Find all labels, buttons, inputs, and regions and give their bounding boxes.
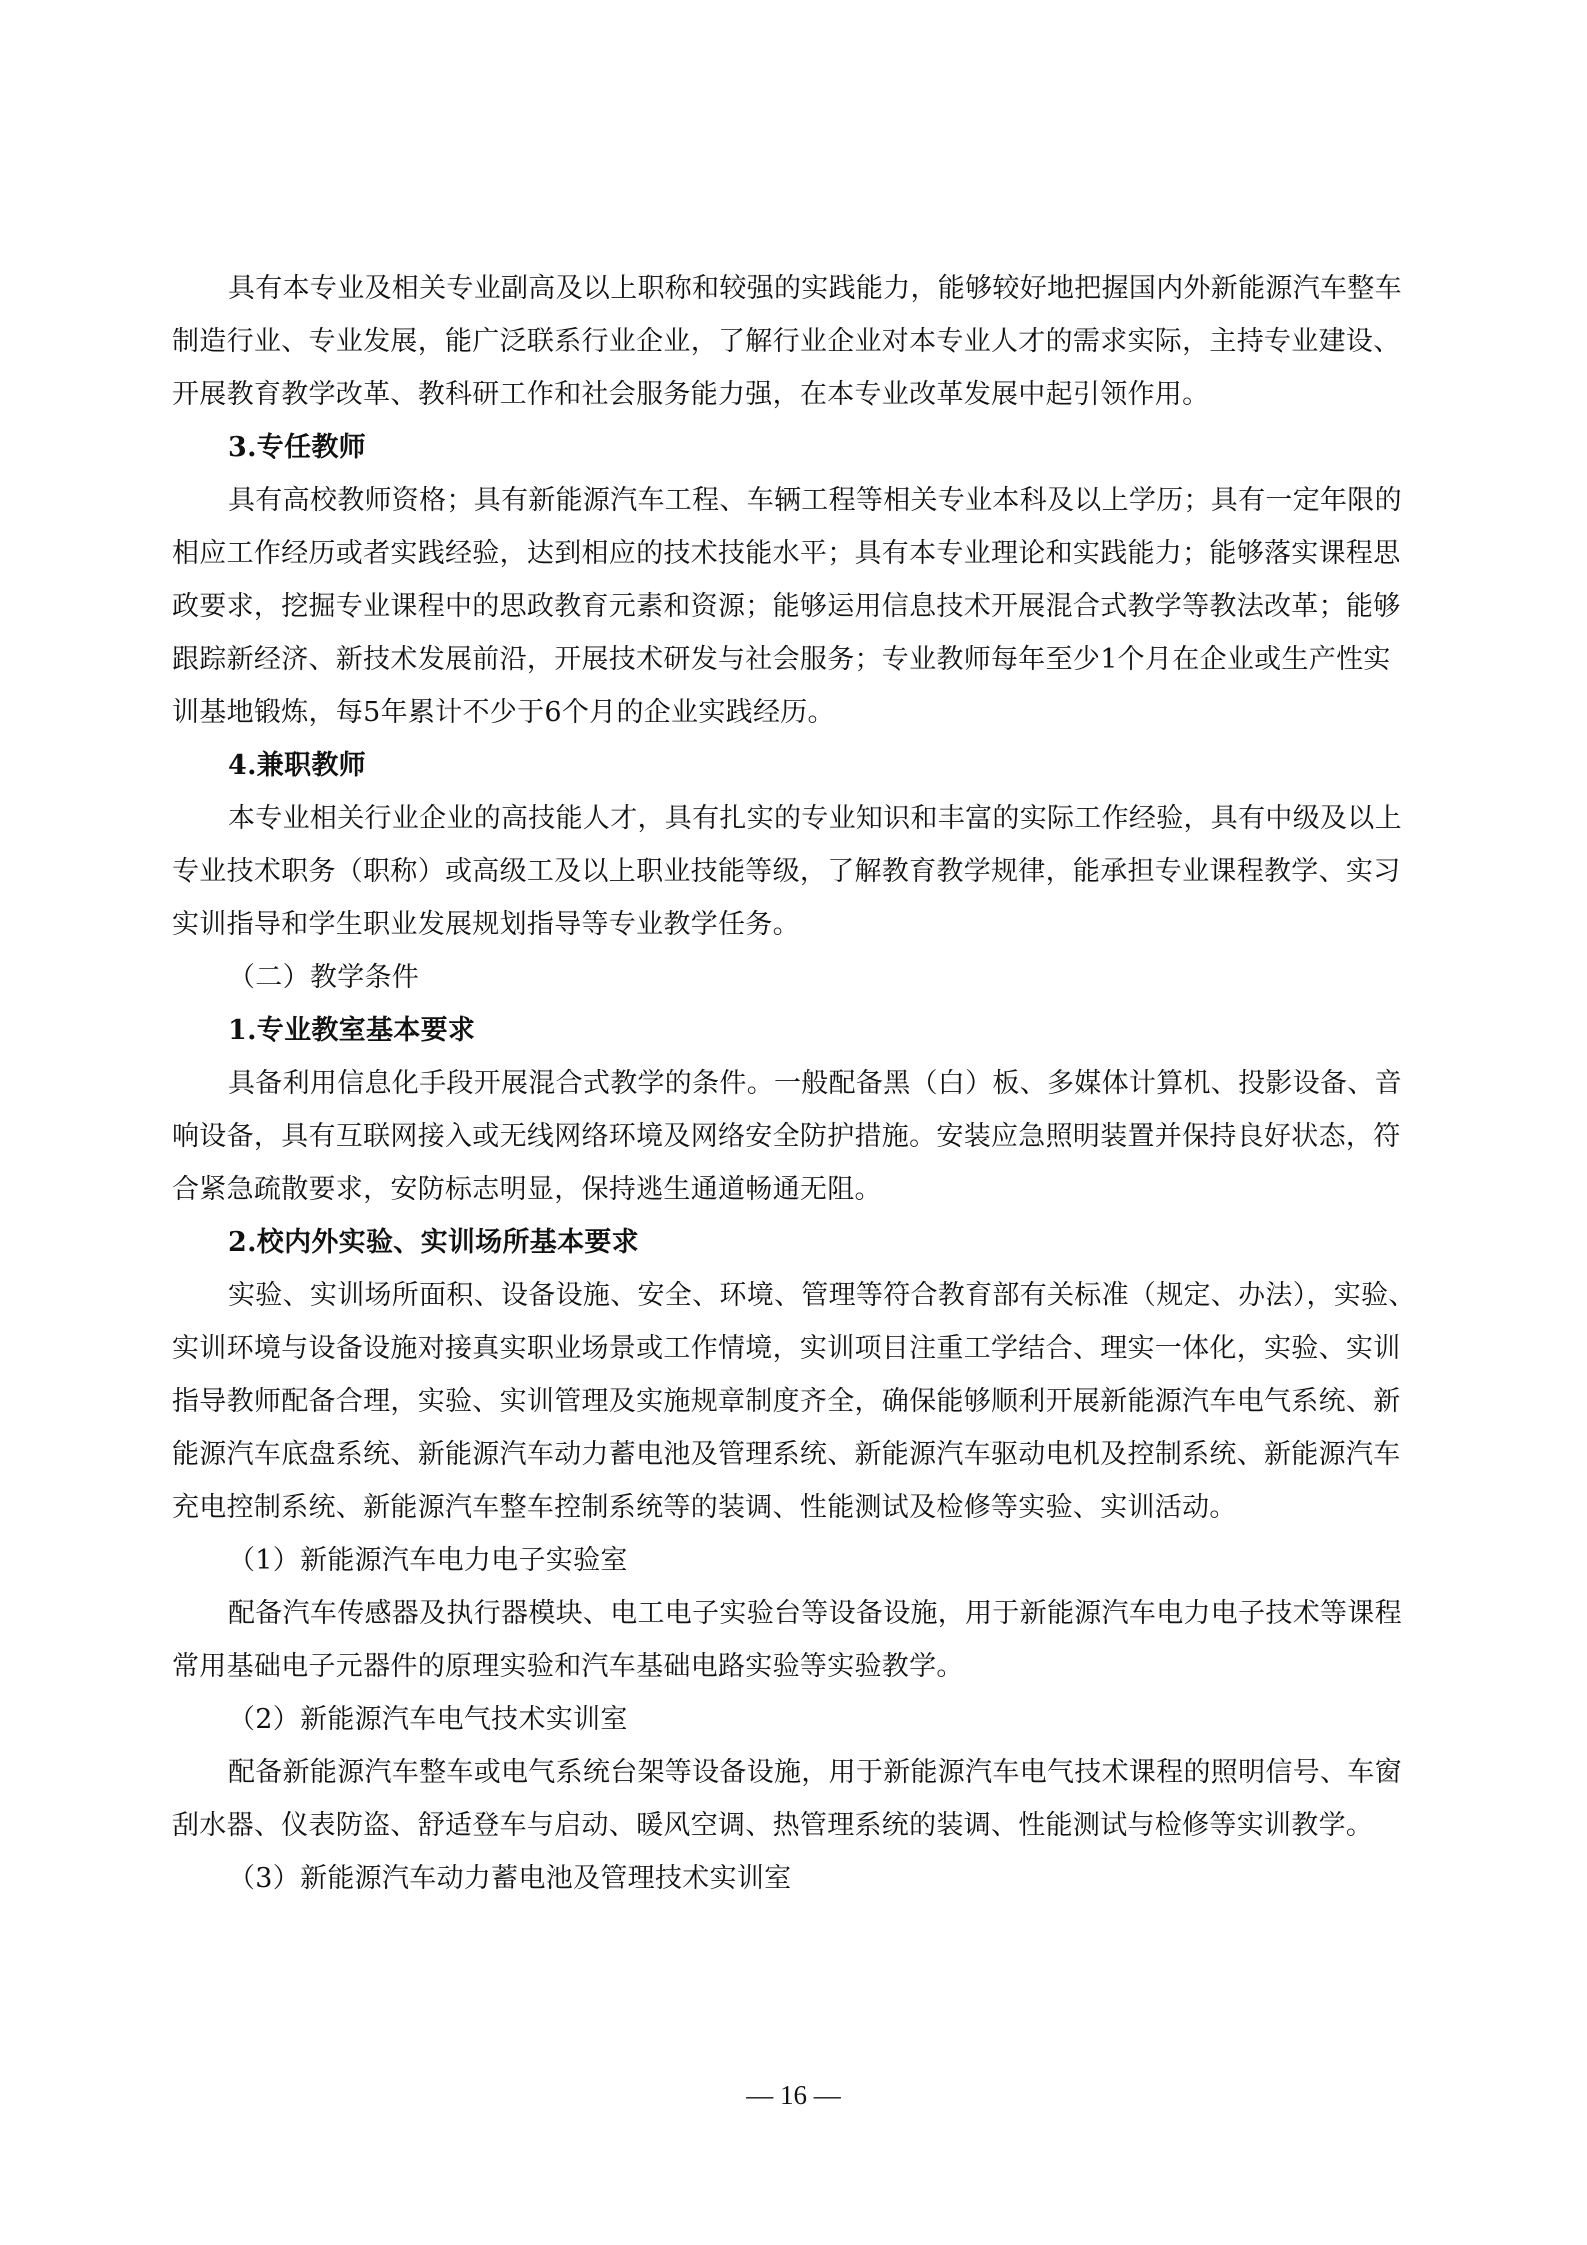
text-line: 具有本专业及相关专业副高及以上职称和较强的实践能力，能够较好地把握国内外新能源汽… <box>172 262 1417 315</box>
paragraph-part-time-teachers: 本专业相关行业企业的高技能人才，具有扎实的专业知识和丰富的实际工作经验，具有中级… <box>172 792 1417 951</box>
page-number: — 16 — <box>0 2080 1587 2111</box>
heading-part-time-teachers: 4.兼职教师 <box>172 739 1417 792</box>
subheading-electrical-tech-room: （2）新能源汽车电气技术实训室 <box>172 1693 1417 1746</box>
text-line: 具有高校教师资格；具有新能源汽车工程、车辆工程等相关专业本科及以上学历；具有一定… <box>172 474 1417 527</box>
text-line: 合紧急疏散要求，安防标志明显，保持逃生通道畅通无阻。 <box>172 1163 1417 1216</box>
heading-classroom-requirements: 1.专业教室基本要求 <box>172 1004 1417 1057</box>
text-line: 实训环境与设备设施对接真实职业场景或工作情境，实训项目注重工学结合、理实一体化，… <box>172 1322 1417 1375</box>
paragraph-power-electronics-lab: 配备汽车传感器及执行器模块、电工电子实验台等设备设施，用于新能源汽车电力电子技术… <box>172 1587 1417 1693</box>
text-line: 配备新能源汽车整车或电气系统台架等设备设施，用于新能源汽车电气技术课程的照明信号… <box>172 1746 1417 1799</box>
document-page: 具有本专业及相关专业副高及以上职称和较强的实践能力，能够较好地把握国内外新能源汽… <box>0 0 1587 2245</box>
text-line: 政要求，挖掘专业课程中的思政教育元素和资源；能够运用信息技术开展混合式教学等教法… <box>172 580 1417 633</box>
text-line: 实训指导和学生职业发展规划指导等专业教学任务。 <box>172 898 1417 951</box>
text-line: 制造行业、专业发展，能广泛联系行业企业，了解行业企业对本专业人才的需求实际，主持… <box>172 315 1417 368</box>
text-line: 响设备，具有互联网接入或无线网络环境及网络安全防护措施。安装应急照明装置并保持良… <box>172 1110 1417 1163</box>
text-line: 刮水器、仪表防盗、舒适登车与启动、暖风空调、热管理系统的装调、性能测试与检修等实… <box>172 1799 1417 1852</box>
subheading-battery-management-room: （3）新能源汽车动力蓄电池及管理技术实训室 <box>172 1852 1417 1905</box>
page-body: 具有本专业及相关专业副高及以上职称和较强的实践能力，能够较好地把握国内外新能源汽… <box>172 262 1417 1905</box>
heading-full-time-teachers: 3.专任教师 <box>172 421 1417 474</box>
text-line: 指导教师配备合理，实验、实训管理及实施规章制度齐全，确保能够顺利开展新能源汽车电… <box>172 1375 1417 1428</box>
section-teaching-conditions: （二）教学条件 <box>172 951 1417 1004</box>
text-line: 实验、实训场所面积、设备设施、安全、环境、管理等符合教育部有关标准（规定、办法）… <box>172 1269 1417 1322</box>
text-line: 相应工作经历或者实践经验，达到相应的技术技能水平；具有本专业理论和实践能力；能够… <box>172 527 1417 580</box>
paragraph-electrical-tech-room: 配备新能源汽车整车或电气系统台架等设备设施，用于新能源汽车电气技术课程的照明信号… <box>172 1746 1417 1852</box>
text-line: 具备利用信息化手段开展混合式教学的条件。一般配备黑（白）板、多媒体计算机、投影设… <box>172 1057 1417 1110</box>
text-line: 专业技术职务（职称）或高级工及以上职业技能等级，了解教育教学规律，能承担专业课程… <box>172 845 1417 898</box>
text-line: 跟踪新经济、新技术发展前沿，开展技术研发与社会服务；专业教师每年至少1个月在企业… <box>172 633 1417 686</box>
paragraph-training-sites: 实验、实训场所面积、设备设施、安全、环境、管理等符合教育部有关标准（规定、办法）… <box>172 1269 1417 1534</box>
paragraph-classroom-requirements: 具备利用信息化手段开展混合式教学的条件。一般配备黑（白）板、多媒体计算机、投影设… <box>172 1057 1417 1216</box>
text-line: 训基地锻炼，每5年累计不少于6个月的企业实践经历。 <box>172 686 1417 739</box>
text-line: 能源汽车底盘系统、新能源汽车动力蓄电池及管理系统、新能源汽车驱动电机及控制系统、… <box>172 1428 1417 1481</box>
paragraph-full-time-teachers: 具有高校教师资格；具有新能源汽车工程、车辆工程等相关专业本科及以上学历；具有一定… <box>172 474 1417 739</box>
text-line: 常用基础电子元器件的原理实验和汽车基础电路实验等实验教学。 <box>172 1640 1417 1693</box>
heading-training-sites: 2.校内外实验、实训场所基本要求 <box>172 1216 1417 1269</box>
text-line: 充电控制系统、新能源汽车整车控制系统等的装调、性能测试及检修等实验、实训活动。 <box>172 1481 1417 1534</box>
subheading-power-electronics-lab: （1）新能源汽车电力电子实验室 <box>172 1534 1417 1587</box>
text-line: 配备汽车传感器及执行器模块、电工电子实验台等设备设施，用于新能源汽车电力电子技术… <box>172 1587 1417 1640</box>
paragraph-leading-teacher: 具有本专业及相关专业副高及以上职称和较强的实践能力，能够较好地把握国内外新能源汽… <box>172 262 1417 421</box>
text-line: 本专业相关行业企业的高技能人才，具有扎实的专业知识和丰富的实际工作经验，具有中级… <box>172 792 1417 845</box>
text-line: 开展教育教学改革、教科研工作和社会服务能力强，在本专业改革发展中起引领作用。 <box>172 368 1417 421</box>
